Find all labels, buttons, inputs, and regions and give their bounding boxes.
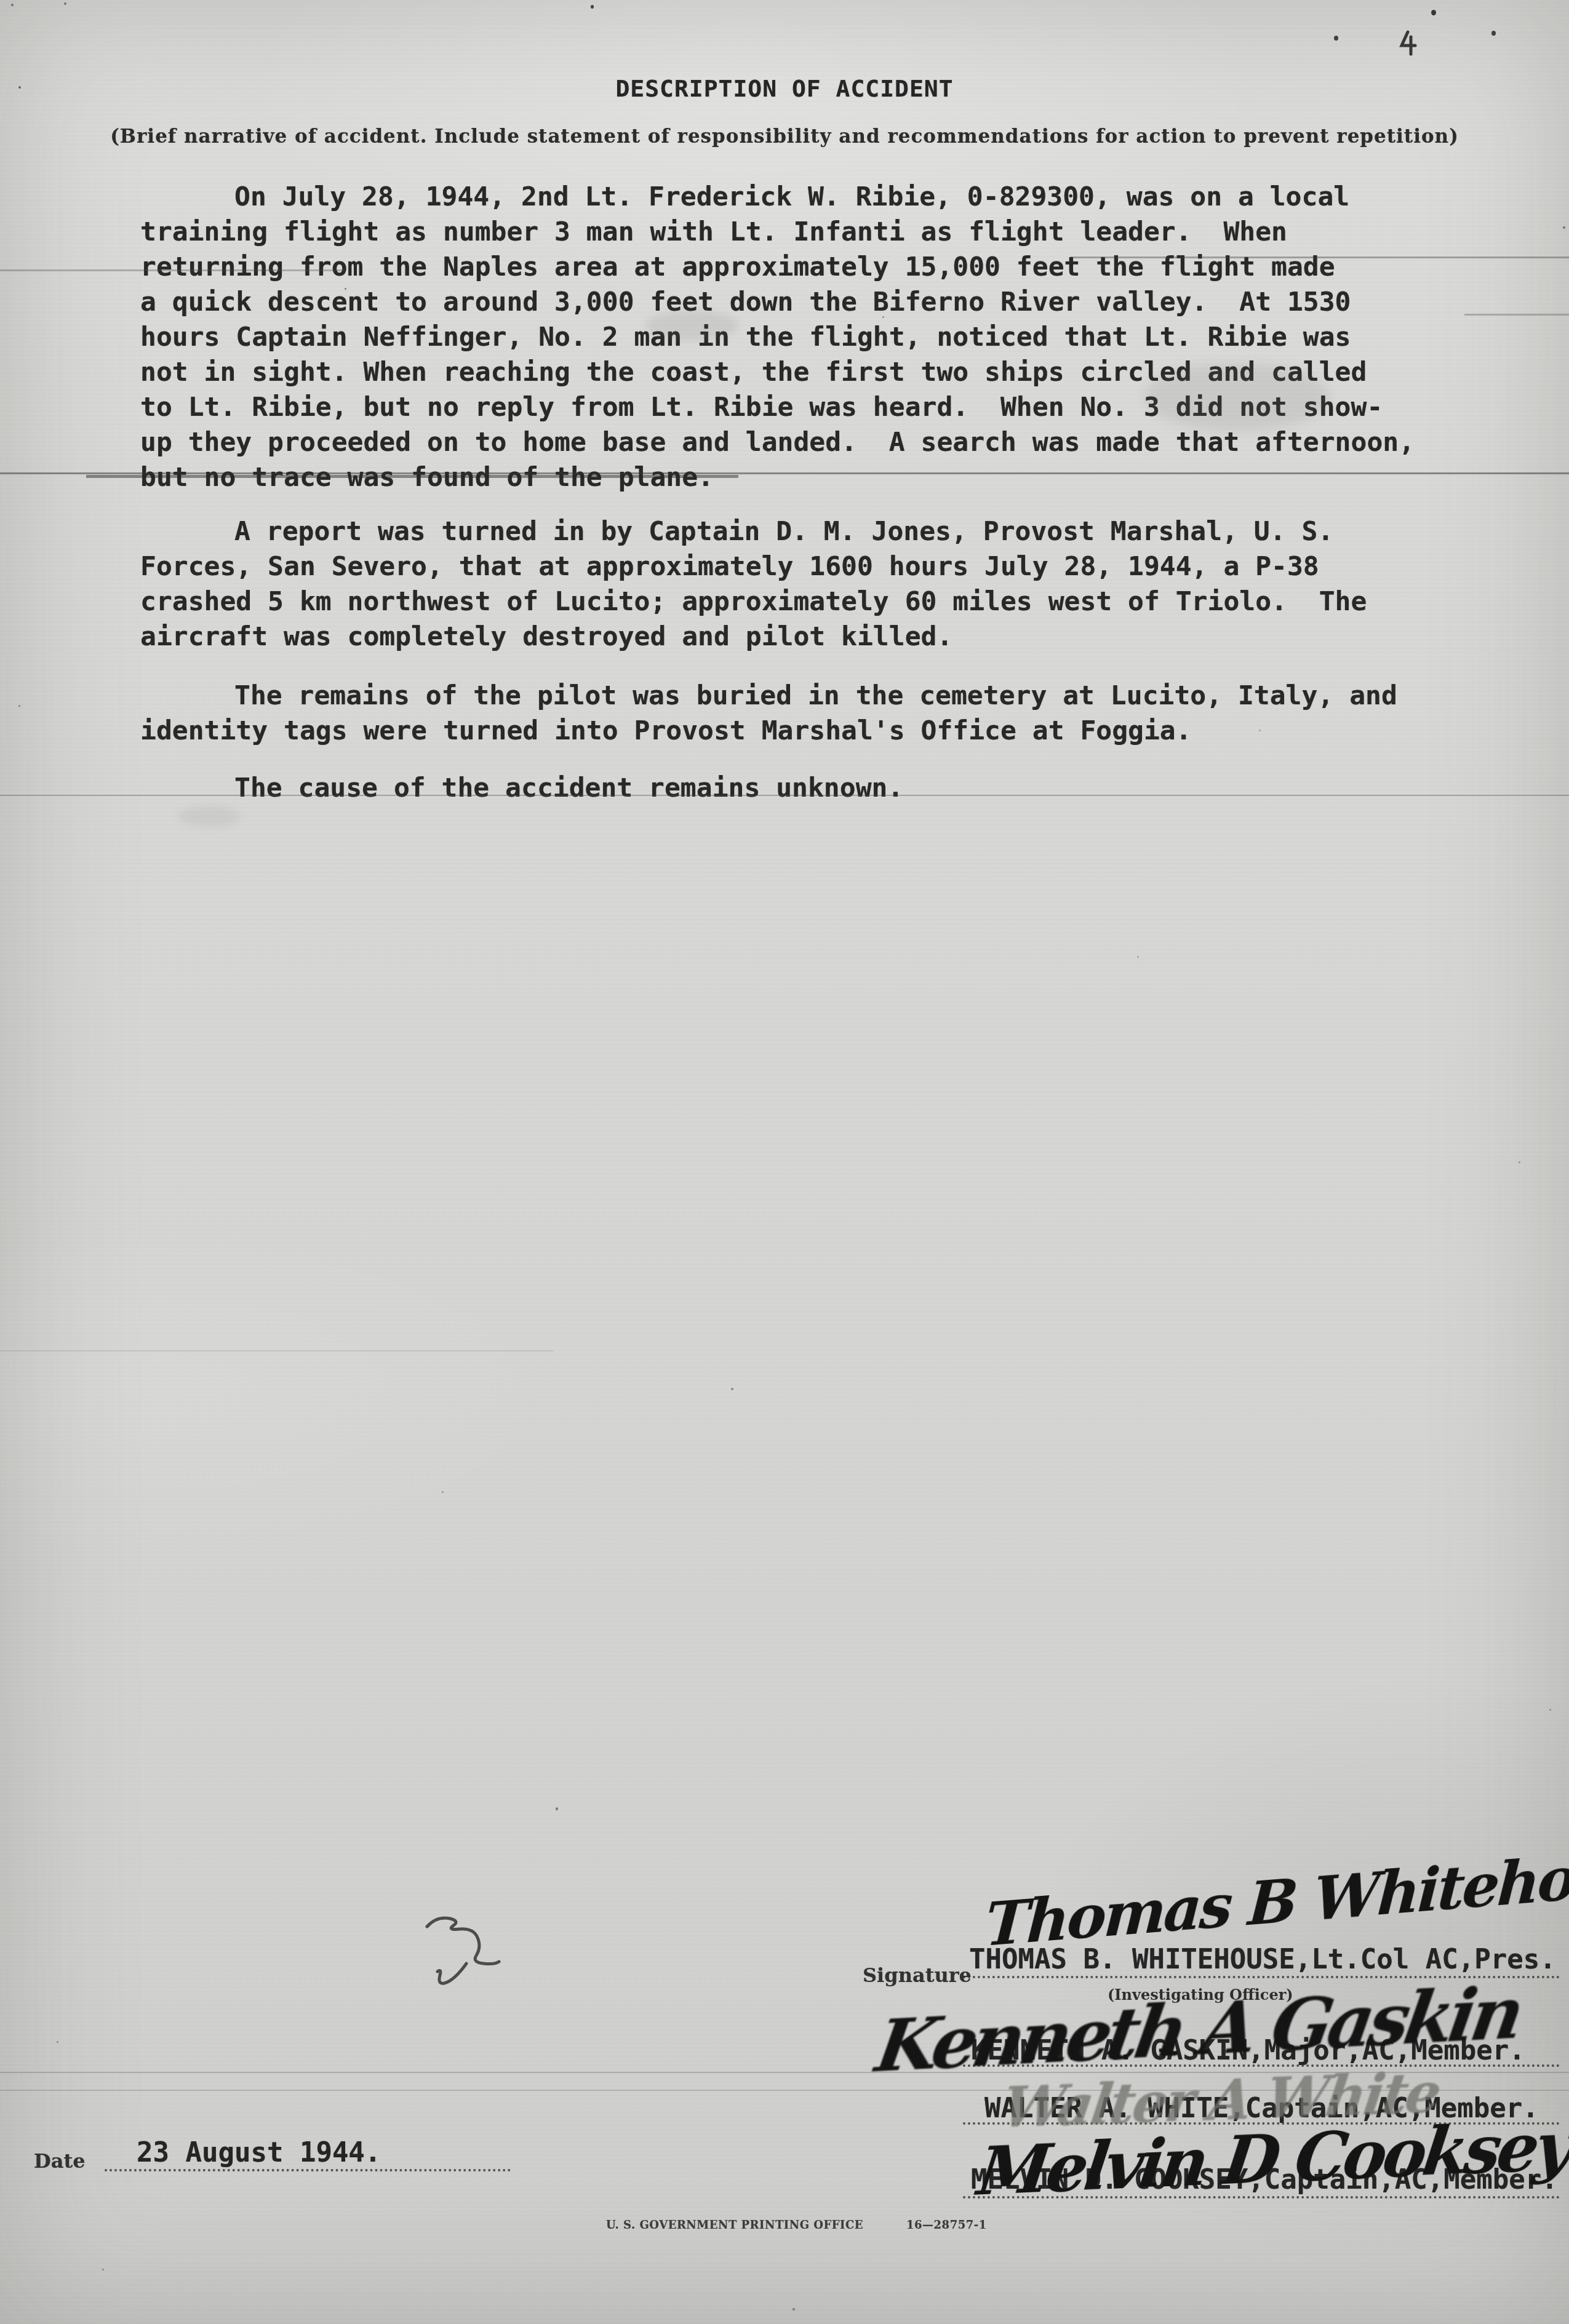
ink-speck bbox=[731, 1388, 733, 1390]
body-line: aircraft was completely destroyed and pi… bbox=[140, 619, 1494, 655]
paragraph-2: A report was turned in by Captain D. M. … bbox=[140, 514, 1494, 655]
paragraph-1: On July 28, 1944, 2nd Lt. Frederick W. R… bbox=[140, 180, 1494, 495]
ink-speck bbox=[57, 2041, 58, 2043]
body-line: The remains of the pilot was buried in t… bbox=[140, 678, 1494, 714]
ink-speck bbox=[1519, 1161, 1520, 1163]
ink-speck bbox=[1137, 956, 1139, 958]
body-line: returning from the Naples area at approx… bbox=[140, 250, 1494, 285]
body-line: hours Captain Neffinger, No. 2 man in th… bbox=[140, 320, 1494, 355]
stray-pen-scribble bbox=[413, 1902, 512, 2000]
ink-speck bbox=[1549, 1709, 1551, 1711]
form-instruction-line: (Brief narrative of accident. Include st… bbox=[0, 125, 1569, 148]
signature-script-whitehouse: Thomas B Whitehouse bbox=[983, 1835, 1569, 1960]
paragraph-3: The remains of the pilot was buried in t… bbox=[140, 678, 1494, 749]
ink-speck bbox=[102, 2269, 104, 2270]
ink-speck bbox=[556, 1807, 558, 1810]
ink-speck bbox=[18, 705, 20, 707]
ink-speck bbox=[1334, 36, 1338, 41]
body-line: On July 28, 1944, 2nd Lt. Frederick W. R… bbox=[140, 180, 1494, 215]
date-label: Date bbox=[34, 2149, 86, 2173]
bleed-smudge bbox=[178, 806, 240, 827]
body-line: A report was turned in by Captain D. M. … bbox=[140, 514, 1494, 549]
body-line: identity tags were turned into Provost M… bbox=[140, 714, 1494, 749]
ink-speck bbox=[1491, 31, 1496, 36]
ink-speck bbox=[792, 2308, 795, 2310]
body-line: training flight as number 3 man with Lt.… bbox=[140, 215, 1494, 250]
date-line bbox=[105, 2169, 511, 2171]
ink-speck bbox=[1431, 10, 1436, 15]
ink-speck bbox=[11, 4, 14, 6]
date-value: 23 August 1944. bbox=[137, 2137, 381, 2168]
body-line-struck: but no trace was found of the plane. bbox=[140, 460, 1494, 495]
paragraph-4: The cause of the accident remains unknow… bbox=[140, 771, 1494, 806]
printing-office-footer: U. S. GOVERNMENT PRINTING OFFICE 16—2875… bbox=[606, 2219, 987, 2232]
body-line: to Lt. Ribie, but no reply from Lt. Ribi… bbox=[140, 390, 1494, 425]
body-line: The cause of the accident remains unknow… bbox=[140, 771, 1494, 806]
ink-speck bbox=[1563, 226, 1565, 229]
body-line: crashed 5 km northwest of Lucito; approx… bbox=[140, 584, 1494, 619]
ink-speck bbox=[64, 2, 66, 5]
body-line: a quick descent to around 3,000 feet dow… bbox=[140, 285, 1494, 320]
body-line: not in sight. When reaching the coast, t… bbox=[140, 355, 1494, 390]
body-line: Forces, San Severo, that at approximatel… bbox=[140, 549, 1494, 584]
scan-streak bbox=[0, 1350, 554, 1351]
scanned-accident-report-page: DESCRIPTION OF ACCIDENT (Brief narrative… bbox=[0, 0, 1569, 2324]
printer-name: U. S. GOVERNMENT PRINTING OFFICE bbox=[606, 2219, 863, 2232]
ink-speck bbox=[442, 1491, 444, 1493]
ink-mark-four bbox=[1398, 30, 1423, 60]
signature-label: Signature bbox=[863, 1964, 972, 1987]
ink-speck bbox=[591, 5, 594, 9]
body-line: up they proceeded on to home base and la… bbox=[140, 425, 1494, 460]
printer-job-number: 16—28757-1 bbox=[906, 2219, 987, 2232]
page-title: DESCRIPTION OF ACCIDENT bbox=[0, 75, 1569, 102]
